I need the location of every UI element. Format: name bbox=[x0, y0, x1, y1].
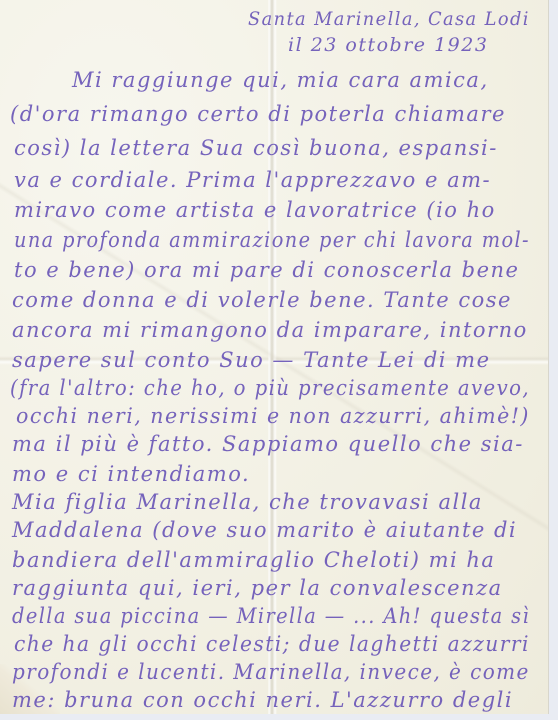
letter-line: mo e ci intendiamo. bbox=[12, 464, 250, 485]
letter-line: miravo come artista e lavoratrice (io ho bbox=[14, 200, 496, 221]
letter-line: profondi e lucenti. Marinella, invece, è… bbox=[12, 662, 530, 683]
letter-line: che ha gli occhi celesti; due laghetti a… bbox=[14, 634, 530, 655]
letter-place: Santa Marinella, Casa Lodi bbox=[248, 10, 530, 29]
letter-line: una profonda ammirazione per chi lavora … bbox=[14, 230, 530, 251]
letter-line: così) la lettera Sua così buona, espansi… bbox=[14, 138, 498, 159]
letter-line: ma il più è fatto. Sappiamo quello che s… bbox=[12, 434, 524, 455]
letter-line: va e cordiale. Prima l'apprezzavo e am- bbox=[14, 170, 491, 191]
letter-date: il 23 ottobre 1923 bbox=[288, 36, 488, 55]
letter-line: bandiera dell'ammiraglio Cheloti) mi ha bbox=[12, 550, 495, 571]
letter-page: Santa Marinella, Casa Lodi il 23 ottobre… bbox=[0, 0, 548, 714]
letter-line: come donna e di volerle bene. Tante cose bbox=[12, 290, 512, 311]
letter-line: Mi raggiunge qui, mia cara amica, bbox=[72, 70, 489, 91]
letter-line: della sua piccina — Mirella — ... Ah! qu… bbox=[12, 606, 530, 627]
letter-line: (d'ora rimango certo di poterla chiamare bbox=[10, 104, 506, 125]
letter-line: ancora mi rimangono da imparare, intorno bbox=[12, 320, 528, 341]
letter-line: occhi neri, nerissimi e non azzurri, ahi… bbox=[16, 406, 530, 427]
letter-line: raggiunta qui, ieri, per la convalescenz… bbox=[12, 578, 503, 599]
letter-line: Maddalena (dove suo marito è aiutante di bbox=[12, 520, 517, 541]
letter-line: Mia figlia Marinella, che trovavasi alla bbox=[12, 492, 483, 513]
letter-line: sapere sul conto Suo — Tante Lei di me bbox=[12, 350, 491, 371]
letter-line: to e bene) ora mi pare di conoscerla ben… bbox=[14, 260, 519, 281]
letter-line: me: bruna con occhi neri. L'azzurro degl… bbox=[12, 690, 513, 711]
letter-line: (fra l'altro: che ho, o più precisamente… bbox=[10, 378, 530, 399]
